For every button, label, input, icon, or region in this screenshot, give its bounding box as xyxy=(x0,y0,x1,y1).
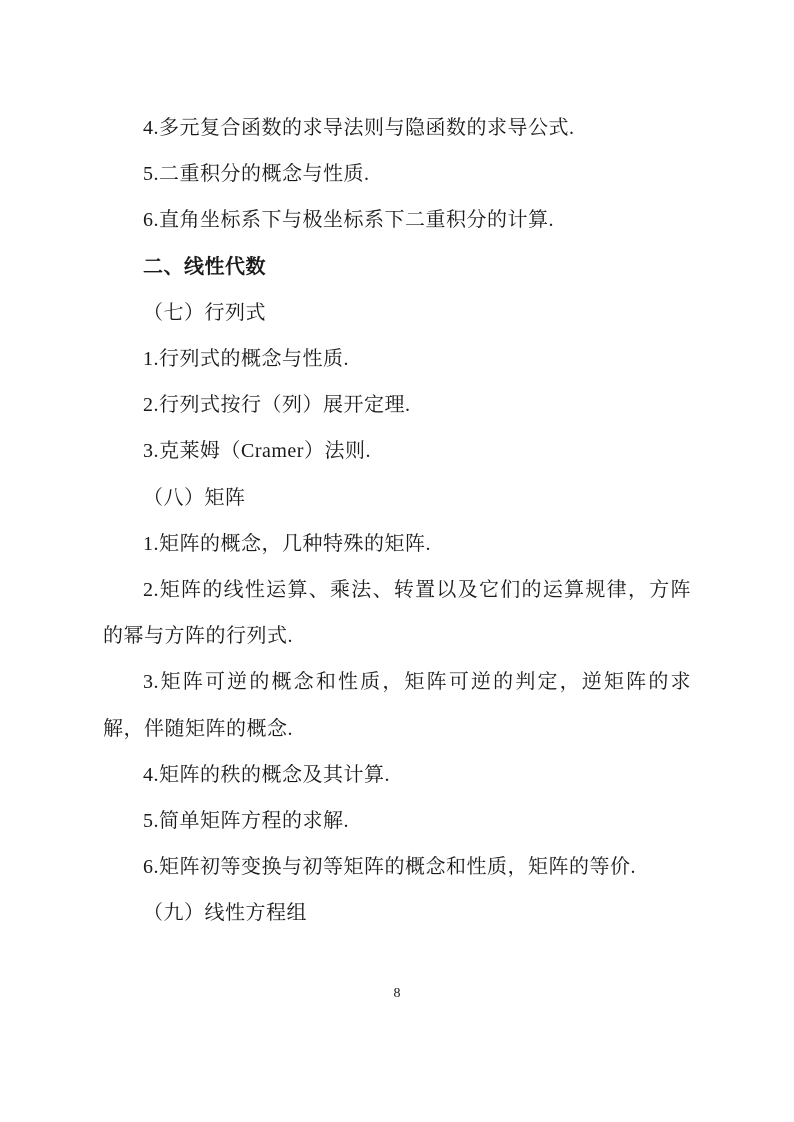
syllabus-item: 3.克莱姆（Cramer）法则. xyxy=(103,428,691,474)
syllabus-item: 6.矩阵初等变换与初等矩阵的概念和性质，矩阵的等价. xyxy=(103,844,691,890)
subsection-heading: （九）线性方程组 xyxy=(103,890,691,936)
syllabus-item: 2.行列式按行（列）展开定理. xyxy=(103,382,691,428)
syllabus-item: 5.简单矩阵方程的求解. xyxy=(103,798,691,844)
syllabus-item: 1.行列式的概念与性质. xyxy=(103,336,691,382)
syllabus-item: 1.矩阵的概念，几种特殊的矩阵. xyxy=(103,521,691,567)
syllabus-item: 6.直角坐标系下与极坐标系下二重积分的计算. xyxy=(103,197,691,243)
syllabus-item: 4.矩阵的秩的概念及其计算. xyxy=(103,752,691,798)
subsection-heading: （七）行列式 xyxy=(103,290,691,336)
syllabus-item: 3.矩阵可逆的概念和性质，矩阵可逆的判定，逆矩阵的求解，伴随矩阵的概念. xyxy=(103,659,691,751)
subsection-heading: （八）矩阵 xyxy=(103,475,691,521)
section-heading: 二、线性代数 xyxy=(103,244,691,290)
document-body: 4.多元复合函数的求导法则与隐函数的求导公式.5.二重积分的概念与性质.6.直角… xyxy=(103,105,691,937)
syllabus-item: 4.多元复合函数的求导法则与隐函数的求导公式. xyxy=(103,105,691,151)
syllabus-item: 2.矩阵的线性运算、乘法、转置以及它们的运算规律，方阵的幂与方阵的行列式. xyxy=(103,567,691,659)
syllabus-item: 5.二重积分的概念与性质. xyxy=(103,151,691,197)
document-page: 4.多元复合函数的求导法则与隐函数的求导公式.5.二重积分的概念与性质.6.直角… xyxy=(0,0,794,1122)
page-number: 8 xyxy=(0,985,794,1003)
